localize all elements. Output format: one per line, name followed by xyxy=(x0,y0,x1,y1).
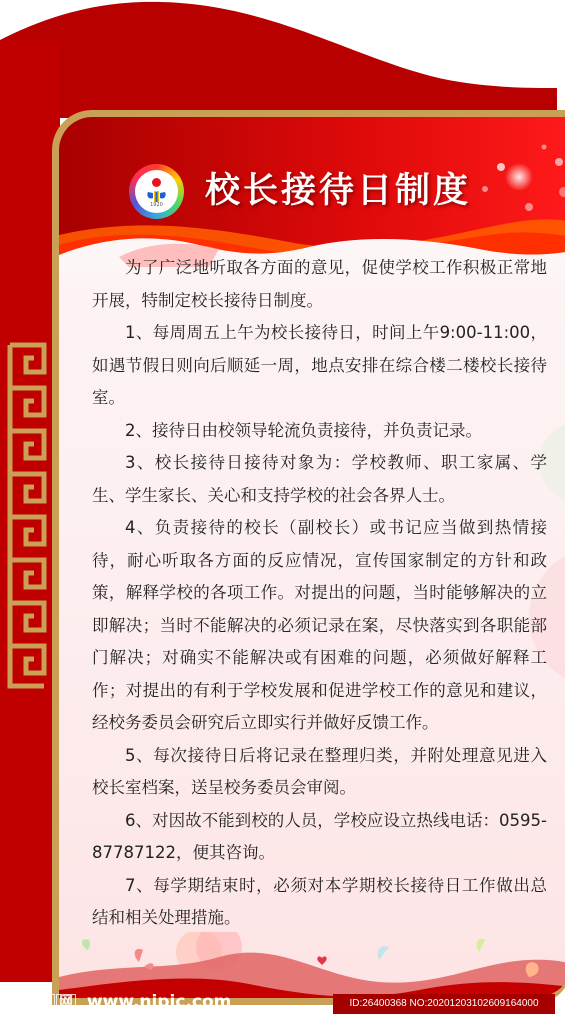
paragraph-rule-7: 7、每学期结束时，必须对本学期校长接待日工作做出总结和相关处理措施。 xyxy=(92,870,547,935)
paragraph-rule-4: 4、负责接待的校长（副校长）或书记应当做到热情接待，耐心听取各方面的反应情况，宣… xyxy=(92,512,547,740)
school-emblem-icon: 1920 xyxy=(129,164,184,219)
paragraph-intro: 为了广泛地听取各方面的意见，促使学校工作积极正常地开展，特制定校长接待日制度。 xyxy=(92,252,547,317)
page-title: 校长接待日制度 xyxy=(205,163,471,213)
content-panel: 1920 校长接待日制度 为了广泛地听取各方面的意见，促使学校工作积极正常地开展… xyxy=(52,110,565,1005)
policy-text: 为了广泛地听取各方面的意见，促使学校工作积极正常地开展，特制定校长接待日制度。 … xyxy=(92,252,547,935)
paragraph-rule-3: 3、校长接待日接待对象为：学校教师、职工家属、学生、学生家长、关心和支持学校的社… xyxy=(92,447,547,512)
watermark-glyph: 网 xyxy=(56,994,76,1013)
paragraph-rule-5: 5、每次接待日后将记录在整理归类，并附处理意见进入校长室档案，送呈校务委员会审阅… xyxy=(92,740,547,805)
site-watermark: 昵图网 www.nipic.com xyxy=(14,992,231,1013)
paragraph-rule-2: 2、接待日由校领导轮流负责接待，并负责记录。 xyxy=(92,415,547,448)
watermark-glyph: 昵 xyxy=(14,994,34,1013)
logo-year: 1920 xyxy=(135,202,178,208)
watermark-url: www.nipic.com xyxy=(87,992,231,1012)
watermark-glyph: 图 xyxy=(35,994,55,1013)
paragraph-rule-6: 6、对因故不能到校的人员，学校应设立热线电话：0595-87787122，便其咨… xyxy=(92,805,547,870)
image-id-label: ID:26400368 NO:20201203102609164000 xyxy=(333,994,555,1014)
paragraph-rule-1: 1、每周周五上午为校长接待日，时间上午9:00-11:00，如遇节假日则向后顺延… xyxy=(92,317,547,415)
